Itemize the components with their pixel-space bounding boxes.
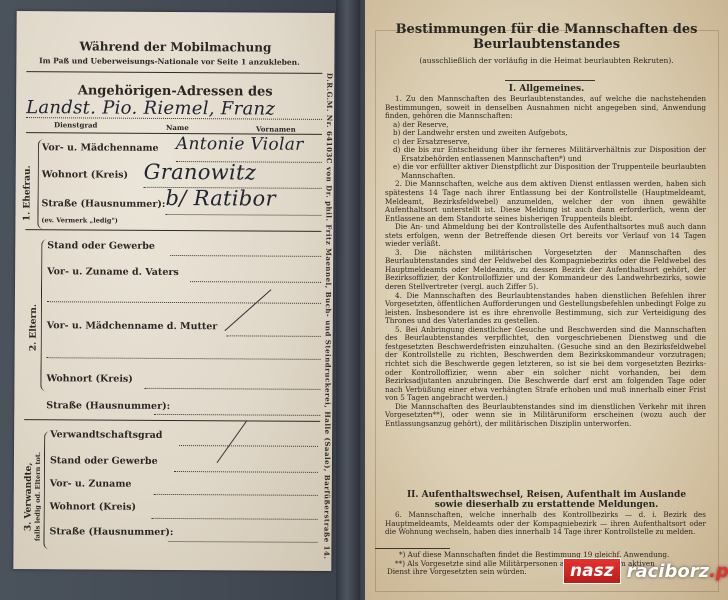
paragraph-2: 2. Die Mannschaften, welche aus dem akti…	[385, 180, 706, 223]
caption-firstnames: Vornamen	[256, 124, 296, 133]
section-relatives-label: 3. Verwandte,	[24, 462, 34, 531]
paragraph-3: 3. Die nächsten militärischen Vorgesetzt…	[385, 249, 706, 292]
logo-nasz: nasz	[563, 558, 621, 584]
book-spine	[336, 0, 360, 600]
paragraph-2b: Die An- und Abmeldung bei der Kontrollst…	[385, 223, 706, 249]
section-general-heading: I. Allgemeines.	[365, 84, 728, 94]
divider	[25, 229, 321, 232]
watermark-logo: nasz raciborz.pl	[563, 558, 728, 584]
caption-rank: Dienstgrad	[54, 120, 98, 129]
unmarried-note: (ev. Vermerk „ledig")	[41, 216, 117, 224]
logo-domain: .pl	[709, 561, 728, 582]
mother-name-label: Vor- u. Mädchenname d. Mutter	[47, 320, 218, 332]
parents-residence-label: Wohnort (Kreis)	[46, 373, 132, 385]
field-line	[144, 388, 320, 390]
cross-out-stroke	[217, 420, 248, 463]
section-wife-label: 1. Ehefrau.	[22, 165, 32, 221]
paragraph-6-block: 6. Mannschaften, welche innerhalb des Ko…	[385, 511, 706, 537]
relative-residence-label: Wohnort (Kreis)	[50, 501, 136, 513]
kinship-label: Verwandtschaftsgrad	[50, 429, 162, 441]
field-line	[168, 541, 317, 543]
field-line	[165, 214, 321, 216]
list-item-d: d) die bis zur Entscheidung über ihr fer…	[391, 146, 706, 163]
paragraph-6: 6. Mannschaften, welche innerhalb des Ko…	[385, 511, 706, 537]
field-line	[190, 281, 321, 283]
title-line-2: Beurlaubtenstandes	[365, 37, 728, 52]
list-item-e: e) die vor erfüllter aktiver Dienstpflic…	[391, 163, 706, 180]
section-2-heading-line-1: II. Aufenthaltswechsel, Reisen, Aufentha…	[365, 490, 728, 500]
logo-raciborz: raciborz	[627, 561, 709, 582]
field-line	[179, 445, 318, 447]
relative-occupation-label: Stand oder Gewerbe	[50, 455, 158, 467]
mobilization-heading: Während der Mobilmachung	[16, 39, 334, 55]
wife-name-value: Antonie Violar	[176, 134, 304, 155]
regulations-subtitle: (ausschließlich der vorläufig in die Hei…	[379, 56, 714, 65]
section-residence-heading: II. Aufenthaltswechsel, Reisen, Aufentha…	[365, 490, 728, 510]
caption-name: Name	[166, 123, 189, 132]
paragraph-5: 5. Bei Anbringung dienstlicher Gesuche u…	[385, 326, 706, 403]
paragraph-1: 1. Zu den Mannschaften des Beurlaubtenst…	[385, 95, 706, 121]
footnote-divider	[375, 548, 450, 549]
soldier-name-handwritten: Landst. Pio. Riemel, Franz	[26, 97, 275, 120]
field-line	[154, 414, 320, 416]
field-line	[154, 494, 318, 496]
wife-name-label: Vor- u. Mädchenname	[42, 142, 159, 154]
paragraph-5b: Die Mannschaften des Beurlaubtenstandes …	[385, 403, 706, 429]
logo-text: raciborz.pl	[627, 561, 728, 582]
field-line	[174, 471, 318, 473]
divider	[505, 80, 595, 81]
father-name-label: Vor- u. Zuname d. Vaters	[47, 266, 179, 278]
field-line	[47, 357, 321, 360]
field-line	[227, 335, 321, 337]
relative-name-label: Vor- u. Zuname	[50, 478, 132, 489]
regulations-page: Bestimmungen für die Mannschaften des Be…	[365, 0, 728, 600]
section-relatives-sublabel: falls ledig od. Eltern tot.	[33, 452, 42, 541]
relative-street-label: Straße (Hausnummer):	[49, 526, 173, 538]
wife-street-value: b/ Ratibor	[165, 186, 275, 211]
parents-street-label: Straße (Hausnummer):	[46, 400, 170, 412]
wife-residence-value: Granowitz	[144, 160, 257, 185]
divider	[24, 419, 320, 422]
section-parents-label: 2. Eltern.	[29, 304, 39, 351]
brace	[40, 239, 48, 391]
relatives-address-form: Während der Mobilmachung Im Paß und Uebe…	[13, 11, 334, 571]
field-line	[152, 518, 318, 520]
field-line	[170, 255, 321, 257]
paste-instruction: Im Paß und Ueberweisungs-Nationale vor S…	[16, 56, 322, 67]
section-2-heading-line-2: sowie dieserhalb zu erstattende Meldunge…	[365, 500, 728, 510]
regulations-body: 1. Zu den Mannschaften des Beurlaubtenst…	[385, 95, 706, 428]
wife-street-label: Straße (Hausnummer):	[41, 198, 165, 210]
wife-residence-label: Wohnort (Kreis)	[42, 169, 128, 181]
parents-occupation-label: Stand oder Gewerbe	[47, 240, 155, 252]
title-line-1: Bestimmungen für die Mannschaften des	[365, 22, 728, 37]
field-line	[47, 301, 321, 304]
cross-out-stroke	[224, 289, 271, 331]
regulations-title: Bestimmungen für die Mannschaften des Be…	[365, 22, 728, 52]
divider	[26, 71, 322, 74]
paragraph-4: 4. Die Mannschaften des Beurlaubtenstand…	[385, 292, 706, 326]
